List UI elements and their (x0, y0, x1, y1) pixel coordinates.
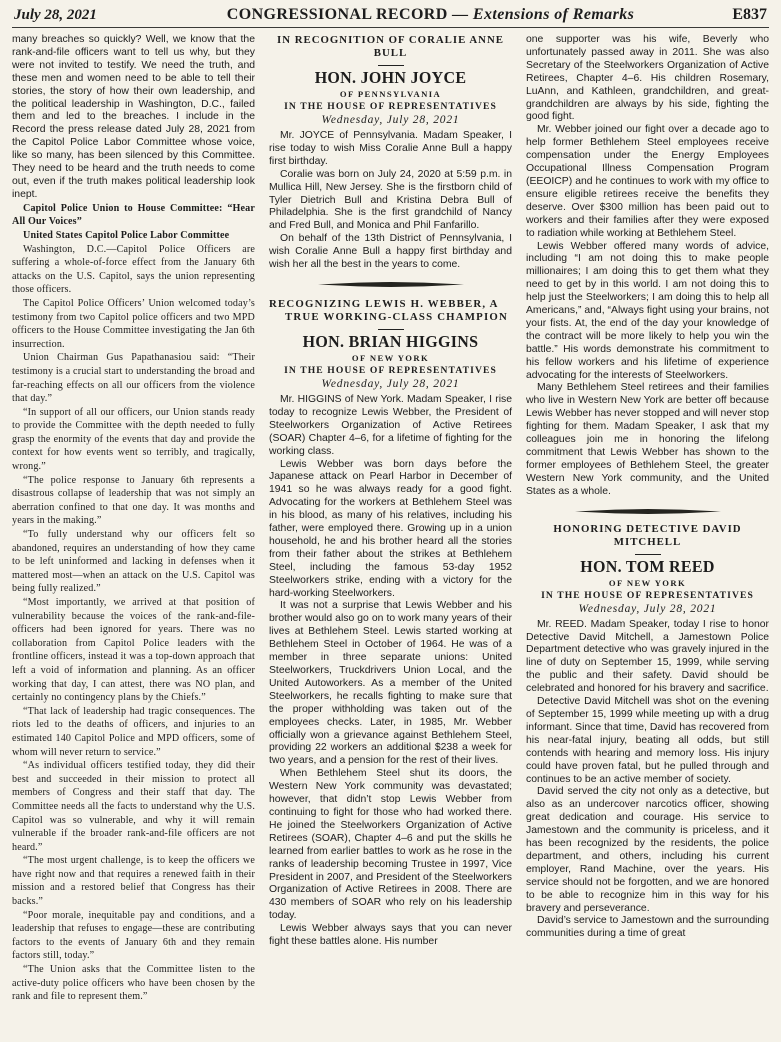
paragraph: On behalf of the 13th District of Pennsy… (269, 233, 512, 272)
paragraph: Union Chairman Gus Papathanasiou said: “… (12, 351, 255, 405)
chamber-line: IN THE HOUSE OF REPRESENTATIVES (269, 365, 512, 376)
section-divider (526, 508, 769, 515)
press-release-insert: Capitol Police Union to House Committee:… (12, 202, 255, 1004)
article-title: IN RECOGNITION OF CORALIE ANNE BULL (277, 34, 504, 60)
chamber-line: IN THE HOUSE OF REPRESENTATIVES (269, 101, 512, 112)
column-2: IN RECOGNITION OF CORALIE ANNE BULL HON.… (269, 34, 512, 1004)
paragraph: When Bethlehem Steel shut its doors, the… (269, 768, 512, 923)
column-3: one supporter was his wife, Beverly who … (526, 34, 769, 1004)
paragraph: Lewis Webber always says that you can ne… (269, 923, 512, 949)
paragraph: Mr. HIGGINS of New York. Madam Speaker, … (269, 394, 512, 459)
paragraph: “To fully understand why our officers fe… (12, 528, 255, 596)
masthead: CONGRESSIONAL RECORD — Extensions of Rem… (154, 6, 707, 24)
paragraph: Mr. Webber joined our fight over a decad… (526, 124, 769, 240)
member-name: HON. JOHN JOYCE (269, 70, 512, 89)
paragraph: Lewis Webber offered many words of advic… (526, 241, 769, 383)
paragraph: David served the city not only as a dete… (526, 786, 769, 915)
tapered-rule-icon (316, 281, 466, 288)
paragraph: “Most importantly, we arrived at that po… (12, 596, 255, 705)
paragraph: The Capitol Police Officers’ Union welco… (12, 297, 255, 351)
member-name: HON. BRIAN HIGGINS (269, 334, 512, 353)
title-rule (635, 554, 661, 555)
section-divider (269, 281, 512, 288)
press-release-source: United States Capitol Police Labor Commi… (12, 229, 255, 243)
running-head: July 28, 2021 CONGRESSIONAL RECORD — Ext… (12, 4, 769, 27)
paragraph: many breaches so quickly? Well, we know … (12, 34, 255, 202)
member-state: OF PENNSYLVANIA (269, 89, 512, 99)
paragraph: Washington, D.C.—Capitol Police Officers… (12, 243, 255, 297)
paragraph: Detective David Mitchell was shot on the… (526, 696, 769, 786)
congressional-record-page: July 28, 2021 CONGRESSIONAL RECORD — Ext… (0, 0, 781, 1042)
member-state: OF NEW YORK (269, 353, 512, 363)
paragraph: Coralie was born on July 24, 2020 at 5:5… (269, 169, 512, 234)
paragraph: Mr. JOYCE of Pennsylvania. Madam Speaker… (269, 130, 512, 169)
title-rule (378, 329, 404, 330)
paragraph: “That lack of leadership had tragic cons… (12, 705, 255, 759)
paragraph: “The police response to January 6th repr… (12, 474, 255, 528)
press-release-heading: Capitol Police Union to House Committee:… (12, 202, 255, 229)
column-1: many breaches so quickly? Well, we know … (12, 34, 255, 1004)
article-title: RECOGNIZING LEWIS H. WEBBER, A TRUE WORK… (269, 298, 512, 324)
paragraph: Lewis Webber was born days before the Ja… (269, 459, 512, 601)
page-number: E837 (707, 6, 767, 24)
paragraph: It was not a surprise that Lewis Webber … (269, 600, 512, 768)
date-line: Wednesday, July 28, 2021 (526, 603, 769, 615)
tapered-rule-icon (573, 508, 723, 515)
masthead-subtitle: — Extensions of Remarks (452, 6, 634, 23)
member-name: HON. TOM REED (526, 558, 769, 577)
chamber-line: IN THE HOUSE OF REPRESENTATIVES (526, 590, 769, 601)
header-rule (12, 27, 769, 28)
masthead-title: CONGRESSIONAL RECORD (227, 6, 448, 23)
paragraph: “As individual officers testified today,… (12, 759, 255, 854)
title-rule (378, 65, 404, 66)
article-title: HONORING DETECTIVE DAVID MITCHELL (534, 523, 761, 549)
paragraph: “In support of all our officers, our Uni… (12, 406, 255, 474)
paragraph: “The Union asks that the Committee liste… (12, 963, 255, 1004)
text-columns: many breaches so quickly? Well, we know … (12, 34, 769, 1004)
paragraph: David’s service to Jamestown and the sur… (526, 915, 769, 941)
date-line: Wednesday, July 28, 2021 (269, 378, 512, 390)
issue-date: July 28, 2021 (14, 7, 154, 24)
paragraph: Mr. REED. Madam Speaker, today I rise to… (526, 619, 769, 696)
paragraph: Many Bethlehem Steel retirees and their … (526, 382, 769, 498)
paragraph: “Poor morale, inequitable pay and condit… (12, 909, 255, 963)
paragraph: “The most urgent challenge, is to keep t… (12, 854, 255, 908)
date-line: Wednesday, July 28, 2021 (269, 114, 512, 126)
member-state: OF NEW YORK (526, 578, 769, 588)
paragraph: one supporter was his wife, Beverly who … (526, 34, 769, 124)
